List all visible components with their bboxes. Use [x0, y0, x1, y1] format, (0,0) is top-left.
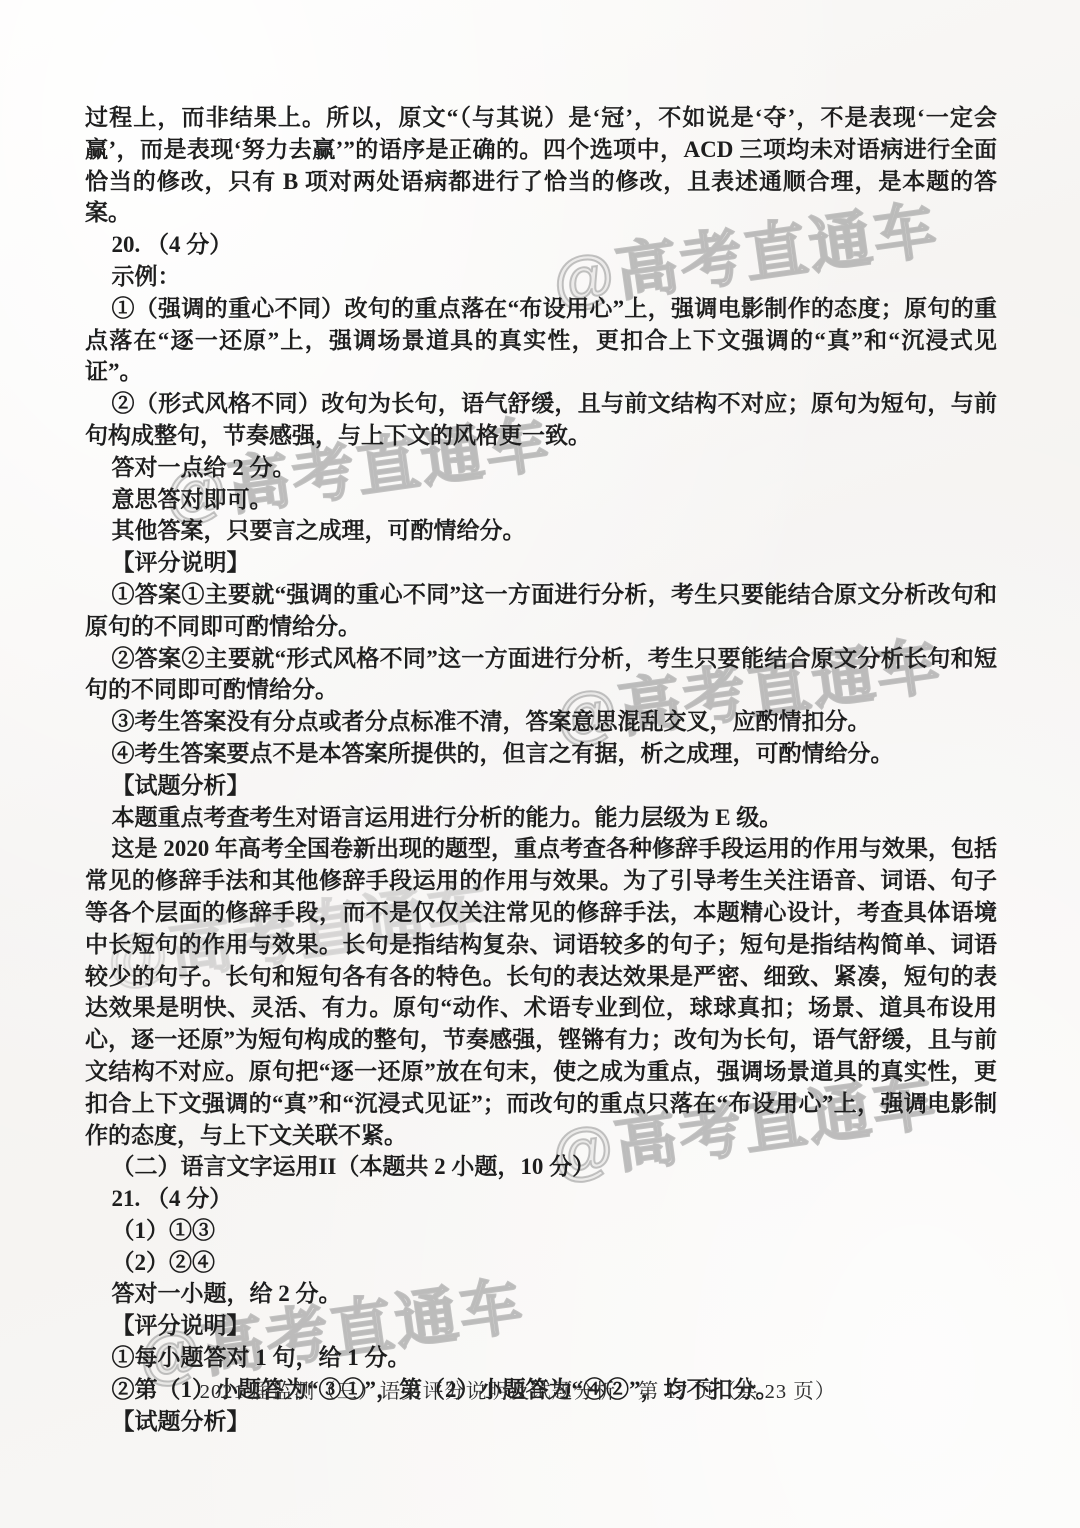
answer-line: （1）①③ [85, 1215, 997, 1247]
doc-paragraph: 答对一小题，给 2 分。 [85, 1278, 997, 1310]
doc-paragraph: ①（强调的重心不同）改句的重点落在“布设用心”上，强调电影制作的态度；原句的重点… [85, 293, 997, 388]
question-20-heading: 20. （4 分） [85, 229, 997, 261]
doc-paragraph: ①每小题答对 1 句，给 1 分。 [85, 1342, 997, 1374]
doc-paragraph: 本题重点考查考生对语言运用进行分析的能力。能力层级为 E 级。 [85, 802, 997, 834]
section-heading: 【试题分析】 [85, 770, 997, 802]
doc-paragraph: 过程上，而非结果上。所以，原文“（与其说）是‘冠’，不如说是‘夺’，不是表现‘一… [85, 102, 997, 229]
doc-paragraph: 其他答案，只要言之成理，可酌情给分。 [85, 515, 997, 547]
document-body: 过程上，而非结果上。所以，原文“（与其说）是‘冠’，不如说是‘夺’，不是表现‘一… [85, 102, 997, 1437]
section-heading: 【评分说明】 [85, 1310, 997, 1342]
section-2-heading: （二）语言文字运用II（本题共 2 小题，10 分） [85, 1151, 997, 1183]
doc-paragraph: ④考生答案要点不是本答案所提供的，但言之有据，析之成理，可酌情给分。 [85, 738, 997, 770]
page-footer: 2021 届监测（三）语文评分说明及试题分析 第 17 页（共 23 页） [0, 1374, 1058, 1404]
section-heading: 【试题分析】 [85, 1406, 997, 1438]
answer-line: （2）②④ [85, 1247, 997, 1279]
section-heading: 【评分说明】 [85, 547, 997, 579]
doc-paragraph: ③考生答案没有分点或者分点标准不清，答案意思混乱交叉，应酌情扣分。 [85, 706, 997, 738]
doc-paragraph: 答对一点给 2 分。 [85, 452, 997, 484]
doc-paragraph: 这是 2020 年高考全国卷新出现的题型，重点考查各种修辞手段运用的作用与效果，… [85, 833, 997, 1151]
document-page: @高考直通车 @高考直通车 @高考直通车 @高考直通车 @高考直通车 @高考直通… [0, 0, 1080, 1528]
doc-paragraph: ①答案①主要就“强调的重心不同”这一方面进行分析，考生只要能结合原文分析改句和原… [85, 579, 997, 643]
question-21-heading: 21. （4 分） [85, 1183, 997, 1215]
doc-paragraph: 示例： [85, 261, 997, 293]
doc-paragraph: ②（形式风格不同）改句为长句，语气舒缓，且与前文结构不对应；原句为短句，与前句构… [85, 388, 997, 452]
doc-paragraph: 意思答对即可。 [85, 484, 997, 516]
doc-paragraph: ②答案②主要就“形式风格不同”这一方面进行分析，考生只要能结合原文分析长句和短句… [85, 643, 997, 707]
